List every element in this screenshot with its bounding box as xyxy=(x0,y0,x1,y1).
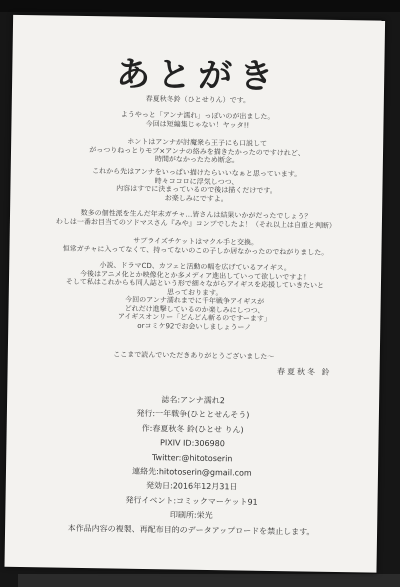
scan-top-edge xyxy=(0,0,400,12)
afterword-paragraph: ここまで読んでいただきありがとうございました〜 xyxy=(8,349,380,363)
page-title: あとがき xyxy=(12,45,385,100)
afterword-paragraph: 数多の個性派を生んだ年末ガチャ…皆さんは結果いかがだったでしょう？ わしは一番お… xyxy=(10,208,382,231)
afterword-paragraph: 今回のアンナ濡れまでに千年戦争アイギスが どれだけ進撃しているのか楽しみにしつつ… xyxy=(8,294,380,334)
afterword-page: あとがき 春夏秋冬鈴（ひとせりん）です。 ようやっと「アンナ濡れ」っぽいのが出ま… xyxy=(4,15,385,573)
afterword-paragraph: ホントはアンナが討魔衆ら王子にも口説して がっつりねっとりモブ×アンナの絡みを描… xyxy=(11,136,383,168)
scan-bottom-edge xyxy=(18,574,400,587)
afterword-paragraph: ようやっと「アンナ濡れ」っぽいのが出ました。 今回は短編集じゃない！ヤッタ!! xyxy=(11,109,383,132)
author-signature: 春夏秋冬 鈴 xyxy=(277,366,332,378)
afterword-paragraph: これから先はアンナをいっぱい描けたらいいなぁと思っています。 時々ココロに浮気し… xyxy=(10,166,382,206)
colophon: 誌名:アンナ濡れ2 発行:一年戦争(ひととせんそう) 作:春夏秋冬 鈴(ひとせ … xyxy=(5,391,379,541)
afterword-paragraph: サプライズチケットはマクル手と交換。 恒常ガチャに入ってなくて、持ってないのこの… xyxy=(9,235,381,258)
scan-photo: あとがき 春夏秋冬鈴（ひとせりん）です。 ようやっと「アンナ濡れ」っぽいのが出ま… xyxy=(0,0,400,587)
